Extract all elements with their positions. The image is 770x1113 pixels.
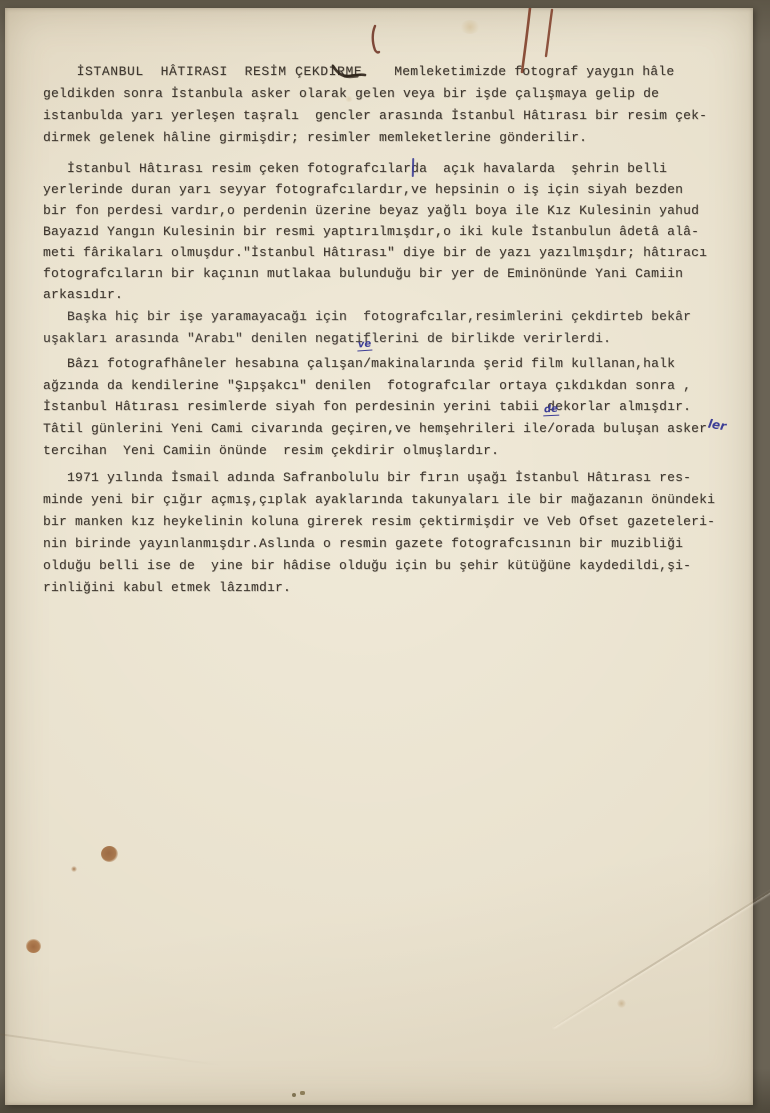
paragraph-1: İSTANBUL HÂTIRASI RESİM ÇEKDİRME Memleke…	[43, 61, 759, 149]
handwritten-insert-de: de	[543, 404, 560, 417]
heading-dash-pen-mark	[331, 64, 367, 82]
document-page: İSTANBUL HÂTIRASI RESİM ÇEKDİRME Memleke…	[5, 8, 753, 1105]
stain	[617, 999, 626, 1008]
paper-crease	[0, 1031, 224, 1066]
paragraph-5: 1971 yılında İsmail adında Safranbolulu …	[43, 467, 759, 598]
handwritten-insert-ler: ler	[707, 417, 727, 434]
paper-crease	[552, 872, 770, 1027]
stain	[292, 1093, 296, 1097]
handwritten-insert-ve: ve	[357, 338, 373, 351]
scan-background: İSTANBUL HÂTIRASI RESİM ÇEKDİRME Memleke…	[0, 0, 770, 1113]
red-pen-strokes	[517, 8, 563, 76]
stain	[26, 939, 41, 953]
document-title: İSTANBUL HÂTIRASI RESİM ÇEKDİRME	[43, 64, 362, 79]
stain	[345, 96, 353, 102]
paragraph-4: Bâzı fotografhâneler hesabına çalışan/ma…	[43, 353, 759, 462]
paragraph-2: İstanbul Hâtırası resim çeken fotografcı…	[43, 158, 759, 305]
stain	[300, 1091, 305, 1095]
stain	[71, 866, 77, 872]
stain	[101, 846, 118, 862]
paragraph-3: Başka hiç bir işe yaramayacağı için foto…	[43, 306, 759, 349]
red-pen-comma-mark	[367, 24, 383, 56]
stain	[460, 20, 480, 34]
